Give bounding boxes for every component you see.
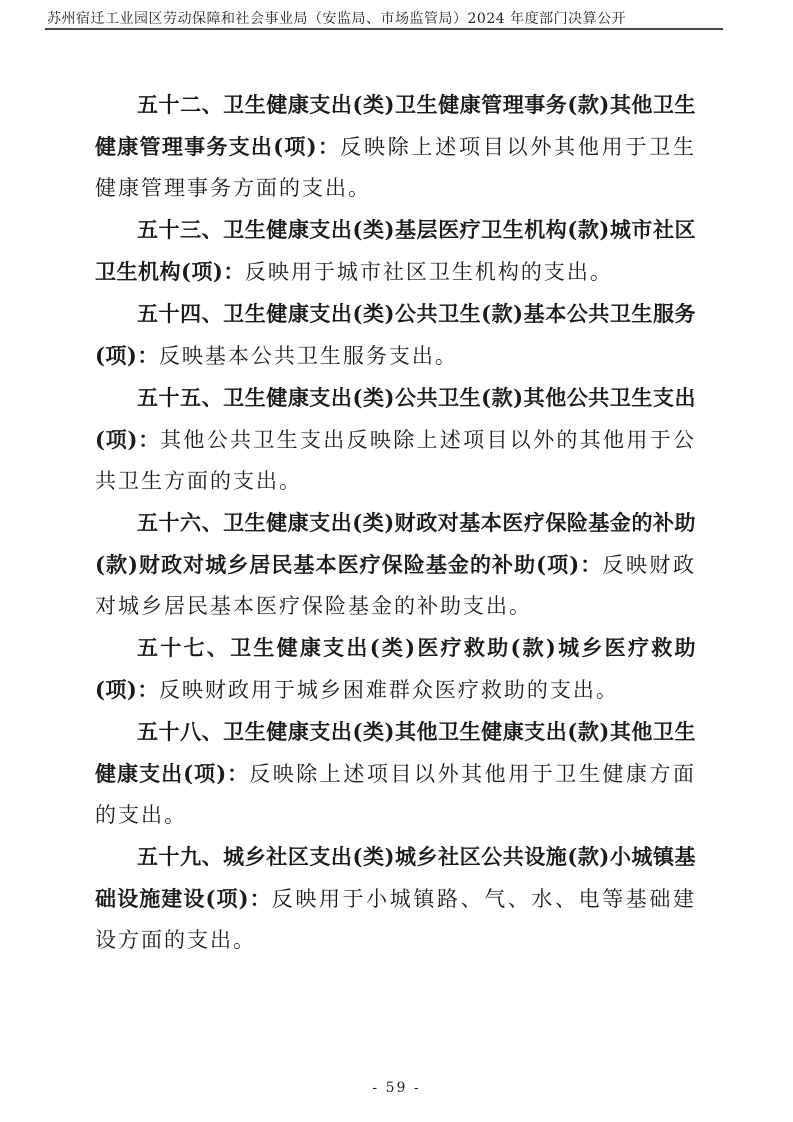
budget-item-description: 反映基本公共卫生服务支出。 <box>159 344 458 368</box>
page-header-title: 苏州宿迁工业园区劳动保障和社会事业局（安监局、市场监管局）2024 年度部门决算… <box>47 10 753 28</box>
header-divider-line <box>45 28 723 30</box>
budget-item-paragraph-53: 五十三、卫生健康支出(类)基层医疗卫生机构(款)城市社区卫生机构(项)：反映用于… <box>95 209 696 293</box>
budget-item-paragraph-55: 五十五、卫生健康支出(类)公共卫生(款)其他公共卫生支出(项)：其他公共卫生支出… <box>95 377 696 502</box>
budget-item-paragraph-58: 五十八、卫生健康支出(类)其他卫生健康支出(款)其他卫生健康支出(项)：反映除上… <box>95 711 696 836</box>
budget-item-paragraph-54: 五十四、卫生健康支出(类)公共卫生(款)基本公共卫生服务(项)：反映基本公共卫生… <box>95 293 696 377</box>
document-body: 五十二、卫生健康支出(类)卫生健康管理事务(款)其他卫生健康管理事务支出(项)：… <box>95 84 696 961</box>
page-number: - 59 - <box>0 1080 793 1096</box>
budget-item-description: 反映财政用于城乡困难群众医疗救助的支出。 <box>159 678 619 702</box>
budget-item-paragraph-59: 五十九、城乡社区支出(类)城乡社区公共设施(款)小城镇基础设施建设(项)：反映用… <box>95 836 696 961</box>
budget-item-paragraph-57: 五十七、卫生健康支出(类)医疗救助(款)城乡医疗救助(项)：反映财政用于城乡困难… <box>95 627 696 711</box>
document-page: 苏州宿迁工业园区劳动保障和社会事业局（安监局、市场监管局）2024 年度部门决算… <box>0 0 793 1122</box>
budget-item-description: 反映用于城市社区卫生机构的支出。 <box>245 260 613 284</box>
budget-item-paragraph-52: 五十二、卫生健康支出(类)卫生健康管理事务(款)其他卫生健康管理事务支出(项)：… <box>95 84 696 209</box>
budget-item-description: 其他公共卫生支出反映除上述项目以外的其他用于公共卫生方面的支出。 <box>95 428 696 493</box>
budget-item-paragraph-56: 五十六、卫生健康支出(类)财政对基本医疗保险基金的补助(款)财政对城乡居民基本医… <box>95 502 696 627</box>
